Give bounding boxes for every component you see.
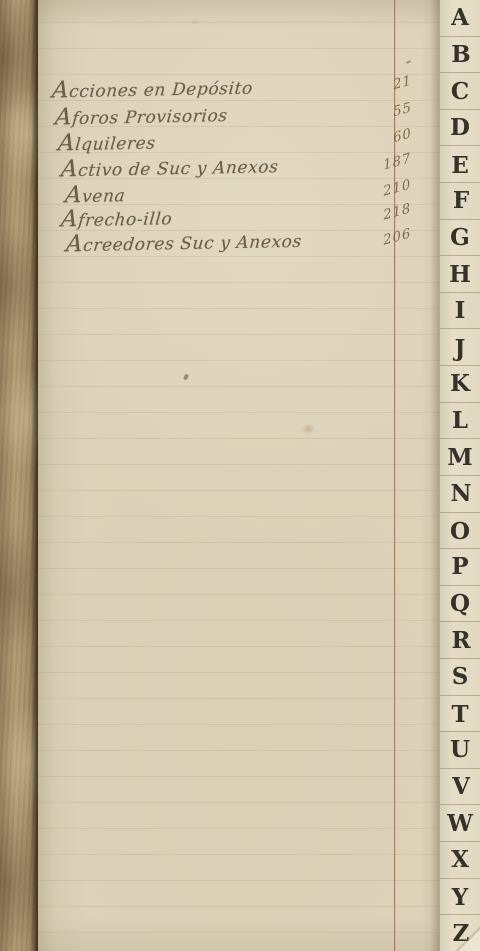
entry-page-number: 60 — [392, 125, 413, 146]
tab-letter: H — [449, 263, 471, 286]
tab-letter: L — [452, 409, 468, 432]
book-spine — [0, 0, 38, 951]
entry-title: Aforos Provisorios — [54, 103, 229, 130]
ledger-index-scan: Acciones en Depósito21Aforos Provisorios… — [0, 0, 480, 951]
index-entry: Acciones en Depósito21 — [52, 73, 412, 104]
tab-z[interactable]: Z — [440, 914, 480, 951]
tab-l[interactable]: L — [440, 402, 480, 439]
tab-letter: P — [451, 555, 468, 578]
tab-g[interactable]: G — [440, 219, 480, 256]
tab-letter: N — [450, 482, 471, 505]
entry-title: Avena — [64, 183, 126, 208]
tab-v[interactable]: V — [440, 768, 480, 805]
tab-letter: X — [451, 848, 469, 871]
page-corner-curl — [454, 921, 480, 951]
tab-letter: G — [450, 226, 470, 249]
tab-letter: W — [447, 812, 473, 835]
tab-letter: K — [450, 372, 470, 395]
tab-letter: M — [447, 446, 472, 469]
paper-stain — [299, 421, 318, 437]
tab-letter: J — [455, 337, 466, 360]
tab-f[interactable]: F — [440, 182, 480, 219]
tab-q[interactable]: Q — [440, 585, 480, 622]
tab-letter: R — [451, 629, 470, 652]
tab-t[interactable]: T — [440, 695, 480, 732]
entry-page-number: 55 — [392, 99, 413, 120]
tab-u[interactable]: U — [440, 731, 480, 768]
entry-title: Afrecho-illo — [60, 206, 173, 232]
entry-page-number: 210 — [383, 176, 413, 200]
tab-letter: O — [450, 520, 470, 543]
entry-title: Acciones en Depósito — [51, 76, 254, 104]
alphabet-tab-column: ABCDEFGHIJKLMNOPQRSTUVWXYZ — [440, 0, 480, 951]
entry-page-number: 218 — [383, 200, 413, 224]
index-page-paper: Acciones en Depósito21Aforos Provisorios… — [38, 0, 440, 951]
entry-title: Activo de Suc y Anexos — [60, 154, 280, 182]
tab-w[interactable]: W — [440, 804, 480, 841]
tab-letter: I — [455, 299, 466, 322]
tab-letter: F — [453, 189, 469, 212]
tab-letter: V — [452, 775, 470, 798]
tab-e[interactable]: E — [440, 145, 480, 182]
tab-m[interactable]: M — [440, 438, 480, 475]
tab-letter: Q — [450, 592, 470, 615]
tab-letter: E — [451, 154, 469, 177]
tab-x[interactable]: X — [440, 841, 480, 878]
page-edge-shadow — [430, 0, 440, 951]
entry-title: Alquileres — [57, 130, 157, 156]
tab-letter: S — [452, 665, 469, 688]
tab-d[interactable]: D — [440, 109, 480, 146]
tab-letter: Y — [452, 886, 468, 909]
tab-letter: T — [451, 703, 468, 726]
tab-y[interactable]: Y — [440, 878, 480, 915]
tab-i[interactable]: I — [440, 292, 480, 329]
entry-page-number: 187 — [383, 150, 413, 174]
tab-j[interactable]: J — [440, 328, 480, 365]
tab-r[interactable]: R — [440, 621, 480, 658]
tab-p[interactable]: P — [440, 548, 480, 585]
tab-h[interactable]: H — [440, 255, 480, 292]
tab-letter: B — [451, 43, 470, 66]
entry-page-number: 206 — [383, 225, 413, 249]
tab-a[interactable]: A — [440, 0, 480, 36]
index-entry-list: Acciones en Depósito21Aforos Provisorios… — [38, 0, 440, 951]
entry-page-number: 21 — [392, 72, 413, 93]
tab-c[interactable]: C — [440, 72, 480, 109]
tab-letter: A — [451, 6, 469, 29]
entry-title: Acreedores Suc y Anexos — [65, 229, 303, 258]
paper-smudge — [188, 18, 202, 26]
tab-n[interactable]: N — [440, 475, 480, 512]
tab-k[interactable]: K — [440, 365, 480, 402]
tab-letter: U — [450, 738, 470, 761]
tab-b[interactable]: B — [440, 36, 480, 73]
tab-letter: C — [451, 80, 469, 103]
tab-s[interactable]: S — [440, 658, 480, 695]
tab-letter: D — [450, 116, 470, 139]
tab-o[interactable]: O — [440, 512, 480, 549]
